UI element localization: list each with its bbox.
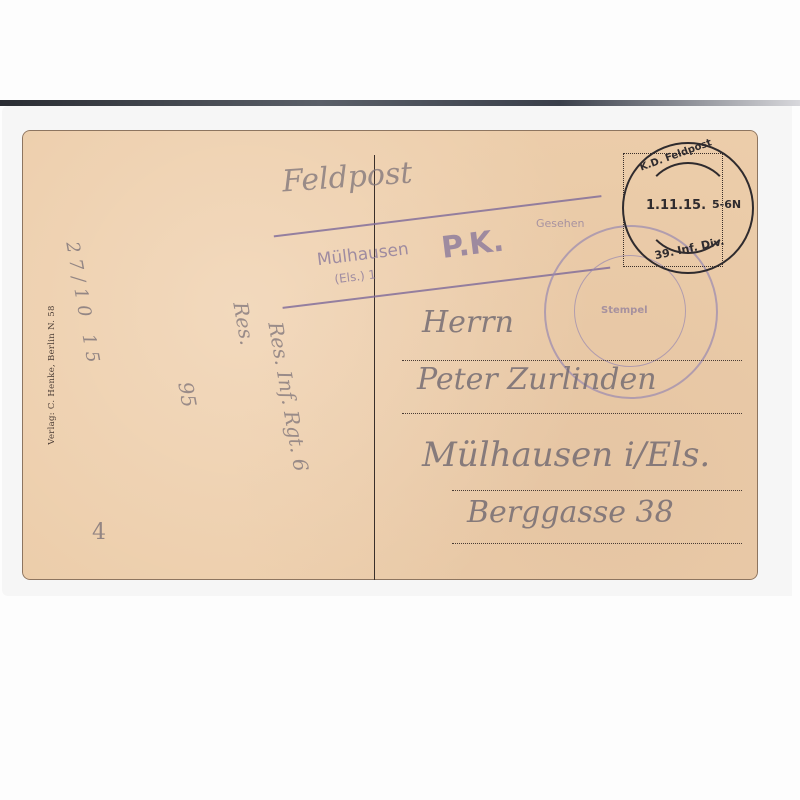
feldpost-postmark: K.D. Feldpost 1.11.15. 5-6N 39. Inf. Div… (622, 142, 754, 274)
sender-line-3: 95 (173, 380, 201, 409)
box-cancel-region: (Els.) 1 (334, 267, 377, 286)
sender-line-2: Res. (228, 300, 259, 347)
address-line-4 (452, 543, 742, 544)
address-salutation: Herrn (422, 305, 514, 340)
postmark-date: 1.11.15. (646, 198, 706, 213)
unit-seal-text-top: Gesehen (536, 217, 585, 230)
corner-number: 4 (92, 520, 106, 545)
box-cancel-town: Mülhausen (316, 239, 410, 270)
address-line-1 (402, 360, 742, 361)
address-line-3 (452, 490, 742, 491)
address-street: Berggasse 38 (467, 495, 674, 530)
postcard: Verlag: C. Henke, Berlin N. 58 Feldpost … (22, 130, 758, 580)
address-city: Mülhausen i/Els. (422, 435, 710, 475)
postmark-time: 5-6N (712, 198, 741, 211)
address-line-2 (402, 413, 742, 414)
feldpost-handwritten-header: Feldpost (281, 155, 414, 199)
sender-line-1: Res. Inf. Rgt. 6 (263, 320, 313, 473)
unit-seal-text-center: Stempel (601, 305, 648, 316)
box-cancel-mark: P.K. (439, 224, 505, 266)
address-name: Peter Zurlinden (417, 362, 657, 397)
publisher-imprint: Verlag: C. Henke, Berlin N. 58 (47, 265, 57, 485)
sender-date-note: 27/10 15 (61, 240, 104, 370)
address-divider-line (374, 155, 375, 580)
